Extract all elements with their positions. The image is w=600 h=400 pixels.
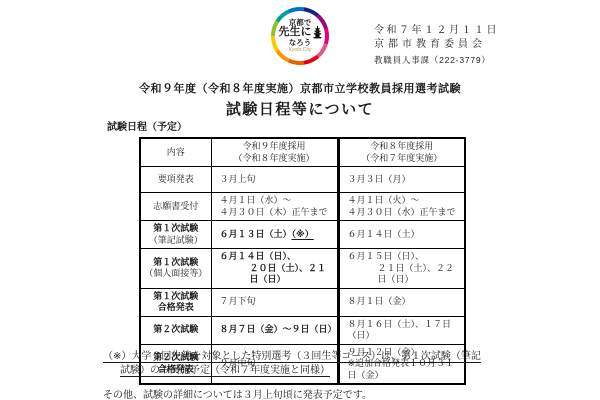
document-date: 令和７年１２月１１日 bbox=[374, 24, 499, 38]
table-row-application: 志願書受付 ４月１日（水）～ ４月３０日（木）正午まで ４月１日（火）～ ４月３… bbox=[140, 193, 465, 221]
footnote-line1: （※）大学３回生等を対象とした特別選考（３回生等コース）は、第１次試験（筆記 bbox=[103, 350, 481, 364]
cell-y9: ３月上旬 bbox=[211, 167, 338, 193]
row-label: 第１次試験 合格発表 bbox=[140, 288, 211, 316]
cell-y9: ８月７日（金）～９日（日） bbox=[211, 316, 338, 344]
document-subtitle: 令和９年度（令和８年度実施）京都市立学校教員採用選考試験 bbox=[0, 80, 600, 96]
pagoda-icon bbox=[313, 26, 322, 39]
title-block: 令和９年度（令和８年度実施）京都市立学校教員採用選考試験 試験日程等について bbox=[0, 80, 600, 119]
document-header-info: 令和７年１２月１１日 京都市教育委員会 教職員人事課（222-3779） bbox=[374, 24, 499, 67]
department-contact: 教職員人事課（222-3779） bbox=[374, 53, 499, 67]
table-row-first-exam-interview: 第１次試験 （個人面接等） ６月１４日（日）、 ２０日（土）、２１日（日） ６月… bbox=[140, 249, 465, 289]
header-content: 内容 bbox=[140, 138, 211, 167]
row-label: 第２次試験 bbox=[140, 316, 211, 344]
footnote-marker: （※） bbox=[292, 229, 314, 239]
schedule-table: 内容 令和９年度採用 （令和８年度実施） 令和８年度採用 （令和７年度実施） 要… bbox=[139, 137, 466, 385]
header-reiwa9: 令和９年度採用 （令和８年度実施） bbox=[211, 138, 338, 167]
cell-y8: ６月１４日（土） bbox=[338, 221, 465, 249]
footnote-line2: 試験）のみ実施予定（令和７年度実施と同様） bbox=[120, 364, 481, 378]
table-row-guidelines: 要項発表 ３月上旬 ３月３日（月） bbox=[140, 167, 465, 193]
document-page: 京都で 先生に なろう Kyoto City 令和７年１２月１１日 京都市 bbox=[0, 0, 600, 400]
row-label: 志願書受付 bbox=[140, 193, 211, 221]
kyoto-teacher-logo: 京都で 先生に なろう Kyoto City bbox=[271, 7, 329, 65]
cell-y8: ８月１６日（土）、１７日（日） bbox=[338, 316, 465, 344]
cell-y8: ６月１５日（日）、 ２１日（土）、２２日（日） bbox=[338, 249, 465, 289]
cell-y8: ３月３日（月） bbox=[338, 167, 465, 193]
footnote: （※）大学３回生等を対象とした特別選考（３回生等コース）は、第１次試験（筆記 試… bbox=[103, 350, 481, 378]
logo-text-line3: なろう bbox=[289, 39, 312, 47]
cell-y9: ６月１４日（日）、 ２０日（土）、２１日（日） bbox=[211, 249, 338, 289]
cell-y9: ７月下旬 bbox=[211, 288, 338, 316]
logo-text-line4: Kyoto City bbox=[289, 48, 312, 53]
logo-text-line2: 先生に bbox=[279, 27, 312, 39]
table-row-second-exam: 第２次試験 ８月７日（金）～９日（日） ８月１６日（土）、１７日（日） bbox=[140, 316, 465, 344]
cell-y8: ４月１日（火）～ ４月３０日（水）正午まで bbox=[338, 193, 465, 221]
row-label: 第１次試験 （個人面接等） bbox=[140, 249, 211, 289]
cell-y9: ６月１３日（土）（※） bbox=[211, 221, 338, 249]
table-row-first-exam-results: 第１次試験 合格発表 ７月下旬 ８月１日（金） bbox=[140, 288, 465, 316]
table-header-row: 内容 令和９年度採用 （令和８年度実施） 令和８年度採用 （令和７年度実施） bbox=[140, 138, 465, 167]
cell-y9: ４月１日（水）～ ４月３０日（木）正午まで bbox=[211, 193, 338, 221]
row-label: 第１次試験 （筆記試験） bbox=[140, 221, 211, 249]
table-row-first-exam-written: 第１次試験 （筆記試験） ６月１３日（土）（※） ６月１４日（土） bbox=[140, 221, 465, 249]
header-reiwa8: 令和８年度採用 （令和７年度実施） bbox=[338, 138, 465, 167]
row-label: 要項発表 bbox=[140, 167, 211, 193]
section-label: 試験日程（予定） bbox=[107, 118, 187, 133]
cell-y8: ８月１日（金） bbox=[338, 288, 465, 316]
organization-name: 京都市教育委員会 bbox=[374, 38, 499, 52]
document-title: 試験日程等について bbox=[0, 98, 600, 119]
closing-note: その他、試験の詳細については３月上旬頃に発表予定です。 bbox=[103, 386, 372, 400]
